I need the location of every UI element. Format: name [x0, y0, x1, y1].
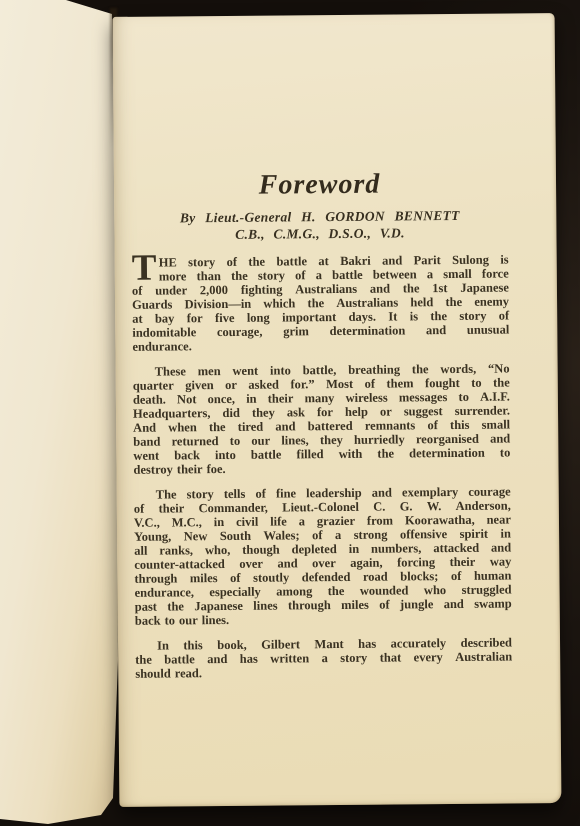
byline-honours: C.B., C.M.G., D.S.O., V.D.	[131, 224, 508, 242]
book-page: Foreword By Lieut.-General H. GORDON BEN…	[113, 13, 562, 807]
text-line: shouldread.	[135, 663, 512, 680]
facing-page-edge	[0, 0, 118, 826]
page-content: Foreword By Lieut.-General H. GORDON BEN…	[130, 14, 513, 681]
paragraph: Thesemenwentintobattle,breathingthewords…	[133, 361, 511, 476]
drop-cap: T	[132, 254, 157, 284]
paragraph: Inthisbook,GilbertManthasaccuratelydescr…	[135, 635, 512, 680]
text-line: destroytheirfoe.	[133, 459, 510, 476]
paragraph: THEstoryofthebattleatBakriandParitSulong…	[132, 252, 510, 353]
paragraph: Thestorytellsoffineleadershipandexemplar…	[134, 484, 512, 627]
photo-backdrop: Foreword By Lieut.-General H. GORDON BEN…	[0, 0, 580, 826]
text-line: endurance.	[132, 336, 509, 353]
text-line: backtoourlines.	[135, 610, 512, 627]
page-title: Foreword	[131, 168, 508, 201]
body-text: THEstoryofthebattleatBakriandParitSulong…	[132, 252, 513, 680]
byline-author: By Lieut.-General H. GORDON BENNETT	[131, 207, 508, 225]
